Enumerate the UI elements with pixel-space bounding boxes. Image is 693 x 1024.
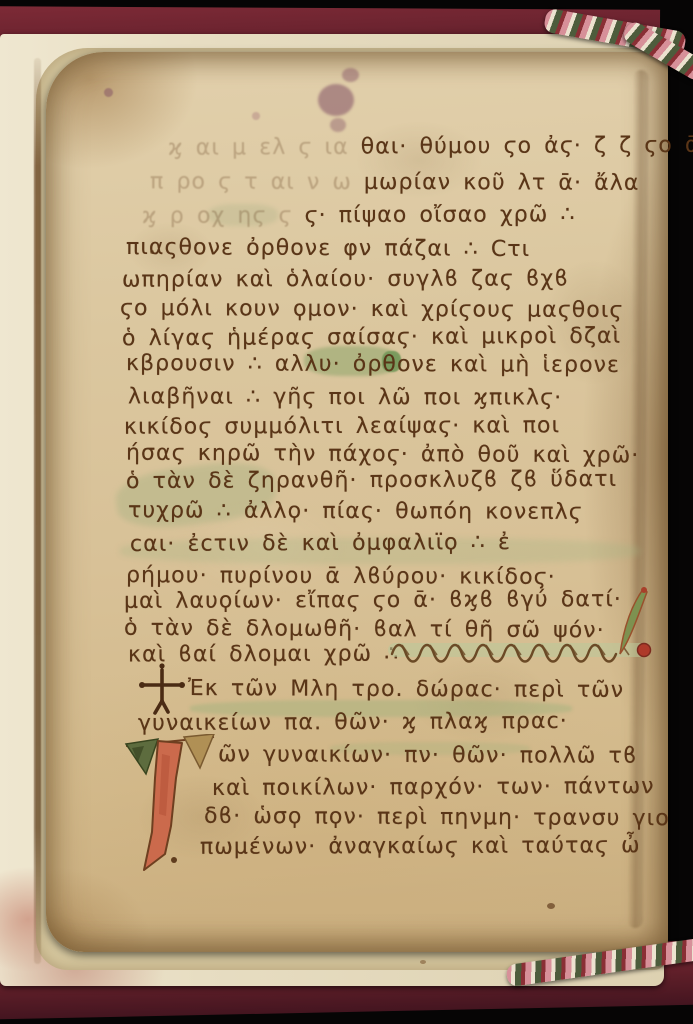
- ink-text: δϐ· ὡσϙ πϙν· περὶ πηνμη· τρανσυ γιο: [204, 804, 670, 831]
- ink-text: ὁ λίγαϛ ἡμέραϛ σαίσαϛ· καὶ μικροὶ δζαὶ: [122, 324, 621, 352]
- ink-text: ῶν γυναικίων· πν· θῶν· πολλῶ τϐ: [218, 742, 638, 768]
- text-line: ρήμου· πυρίνου ᾱ λϐύρου· κικίδοϛ·: [126, 563, 556, 590]
- ink-text: ϛο μόλι κουν ϙμον· καὶ χρίϛουϛ μαϛθοιϛ: [120, 296, 624, 323]
- text-line: κικίδοϛ συμμόλιτι λεαίψαϛ· καὶ ποι: [124, 413, 560, 440]
- text-line: ϗ ρ οχ ηϛ ϛϛ· πίψαο οἴσαο χρῶ ∴: [142, 202, 576, 229]
- ink-text: ϲαι· ἐϲτιν δὲ καὶ ὀμφαλιϊϙ ∴ ἐ: [130, 530, 511, 557]
- text-line: π ρο ϛ τ αι ν ωμωρίαν κοῦ λτ ᾱ· ἄλα: [150, 169, 640, 196]
- text-line: ὁ λίγαϛ ἡμέραϛ σαίσαϛ· καὶ μικροὶ δζαὶ: [122, 324, 621, 352]
- text-line: ῶν γυναικίων· πν· θῶν· πολλῶ τϐ: [218, 742, 638, 768]
- text-line: ϛο μόλι κουν ϙμον· καὶ χρίϛουϛ μαϛθοιϛ: [120, 296, 624, 323]
- text-line: πωμένων· ἀναγκαίωϛ καὶ ταύταϛ ὦ: [200, 833, 641, 860]
- text-block: ϗ αι μ ελ ϛ ιαθαι· θύμου ϛο ἀϛ· ζ ζ ϛο ᾱ…: [0, 0, 693, 1024]
- text-line: δϐ· ὡσϙ πϙν· περὶ πηνμη· τρανσυ γιο: [204, 804, 670, 831]
- ink-text: τυχρῶ ∴ ἀλλϙ· πίας· θωπόη κονεπλϛ: [128, 498, 583, 525]
- decorated-initial-tau: [124, 734, 216, 876]
- ink-text: μαὶ λαυϙίων· εἴπαϛ ϛο ᾱ· ϐϗϐ ϐγύ δατί·: [124, 587, 622, 614]
- ink-text: ϛ· πίψαο οἴσαο χρῶ ∴: [305, 202, 576, 228]
- faded-text: ϗ ρ οχ ηϛ ϛ: [142, 203, 293, 229]
- ink-text: μωρίαν κοῦ λτ ᾱ· ἄλα: [364, 170, 640, 196]
- text-line: ὁ τὰν δὲ ζηρανθῆ· προσκλυζϐ ζϐ ὕδατι: [126, 467, 617, 494]
- margin-cross-icon: [136, 661, 188, 719]
- text-line: γυναικείων πα. θῶν· ϗ πλαϗ πραϲ·: [138, 709, 568, 736]
- text-line: τυχρῶ ∴ ἀλλϙ· πίας· θωπόη κονεπλϛ: [128, 498, 583, 525]
- text-line: ϗ αι μ ελ ϛ ιαθαι· θύμου ϛο ἀϛ· ζ ζ ϛο ᾱ…: [168, 132, 693, 160]
- text-line: πιαςθονε ὀρθονε φν πάζαι ∴ Ϲτι: [126, 235, 530, 262]
- ink-text: Ἐκ τῶν Μλη τρο. δώραϲ· περὶ τῶν: [188, 676, 624, 703]
- ink-text: κβρουσιν ∴ αλλυ· ὀρθονε καὶ μὴ ἱερονε: [126, 351, 620, 378]
- manuscript-photo: ϗ αι μ ελ ϛ ιαθαι· θύμου ϛο ἀϛ· ζ ζ ϛο ᾱ…: [0, 0, 693, 1024]
- faded-text: ϗ αι μ ελ ϛ ια: [168, 135, 349, 161]
- ink-text: πιαςθονε ὀρθονε φν πάζαι ∴ Ϲτι: [126, 235, 530, 262]
- ink-text: ὁ τὰν δὲ ζηρανθῆ· προσκλυζϐ ζϐ ὕδατι: [126, 467, 617, 494]
- ink-text: θαι· θύμου ϛο ἀϛ· ζ ζ ϛο ᾱ· ἄμβ: [361, 132, 693, 159]
- ink-text: ήσαϛ κηρῶ τὴν πάχοϛ· ἀπὸ θοῦ καὶ χρῶ·: [126, 441, 640, 469]
- ink-text: γυναικείων πα. θῶν· ϗ πλαϗ πραϲ·: [138, 709, 568, 736]
- ink-text: ωπηρίαν καὶ ὁλαίου· συγλϐ ζαϛ ϐχϐ: [122, 266, 569, 292]
- text-line: λιαβῆναι ∴ γῆϛ ποι λῶ ποι ϗπικλϛ·: [128, 384, 562, 410]
- faded-text: π ρο ϛ τ αι ν ω: [150, 169, 352, 195]
- text-line: ϲαι· ἐϲτιν δὲ καὶ ὀμφαλιϊϙ ∴ ἐ: [130, 530, 511, 557]
- ink-text: ρήμου· πυρίνου ᾱ λϐύρου· κικίδοϛ·: [126, 563, 556, 590]
- text-line: ωπηρίαν καὶ ὁλαίου· συγλϐ ζαϛ ϐχϐ: [122, 266, 569, 292]
- text-line: ήσαϛ κηρῶ τὴν πάχοϛ· ἀπὸ θοῦ καὶ χρῶ·: [126, 441, 640, 469]
- ink-text: καὶ ποικίλων· παρχόν· των· πάντων: [212, 774, 655, 801]
- ink-text: λιαβῆναι ∴ γῆϛ ποι λῶ ποι ϗπικλϛ·: [128, 384, 562, 410]
- text-line: μαὶ λαυϙίων· εἴπαϛ ϛο ᾱ· ϐϗϐ ϐγύ δατί·: [124, 587, 622, 614]
- text-line: Ἐκ τῶν Μλη τρο. δώραϲ· περὶ τῶν: [188, 676, 624, 703]
- ink-text: κικίδοϛ συμμόλιτι λεαίψαϛ· καὶ ποι: [124, 413, 560, 440]
- text-line: κβρουσιν ∴ αλλυ· ὀρθονε καὶ μὴ ἱερονε: [126, 351, 620, 378]
- ink-text: πωμένων· ἀναγκαίωϛ καὶ ταύταϛ ὦ: [200, 833, 641, 860]
- text-line: καὶ ποικίλων· παρχόν· των· πάντων: [212, 774, 655, 801]
- leaf-flourish-icon: [616, 584, 650, 658]
